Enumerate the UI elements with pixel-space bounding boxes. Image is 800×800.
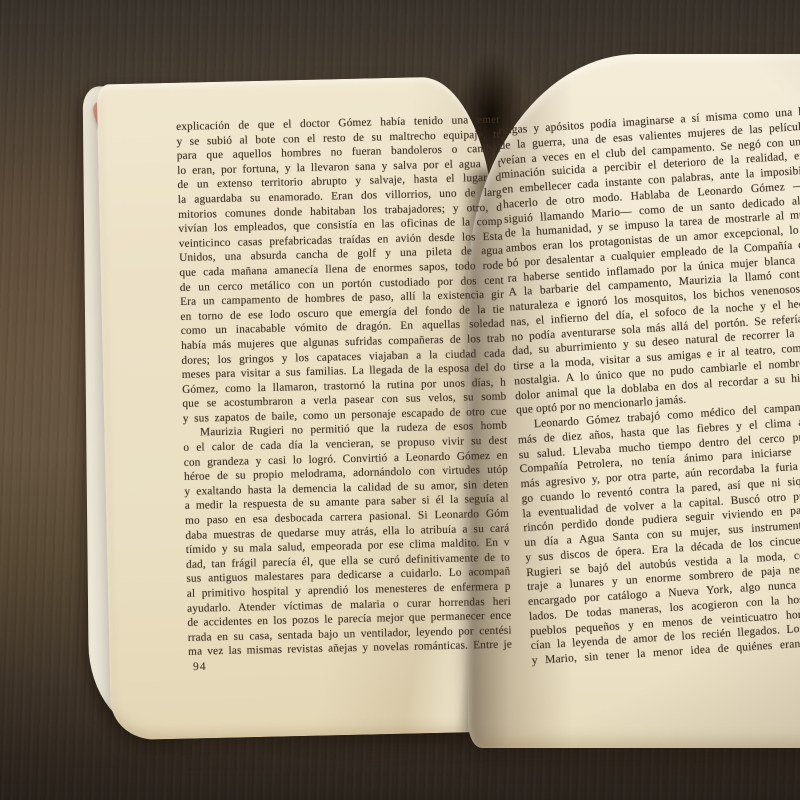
- left-page-text: explicación de que el doctor Gómez había…: [176, 113, 512, 660]
- photo-scene: explicación de que el doctor Gómez había…: [0, 0, 800, 800]
- right-page-text: ringas y apósitos podía imaginarse a sí …: [498, 103, 800, 669]
- page-number: 94: [193, 661, 207, 673]
